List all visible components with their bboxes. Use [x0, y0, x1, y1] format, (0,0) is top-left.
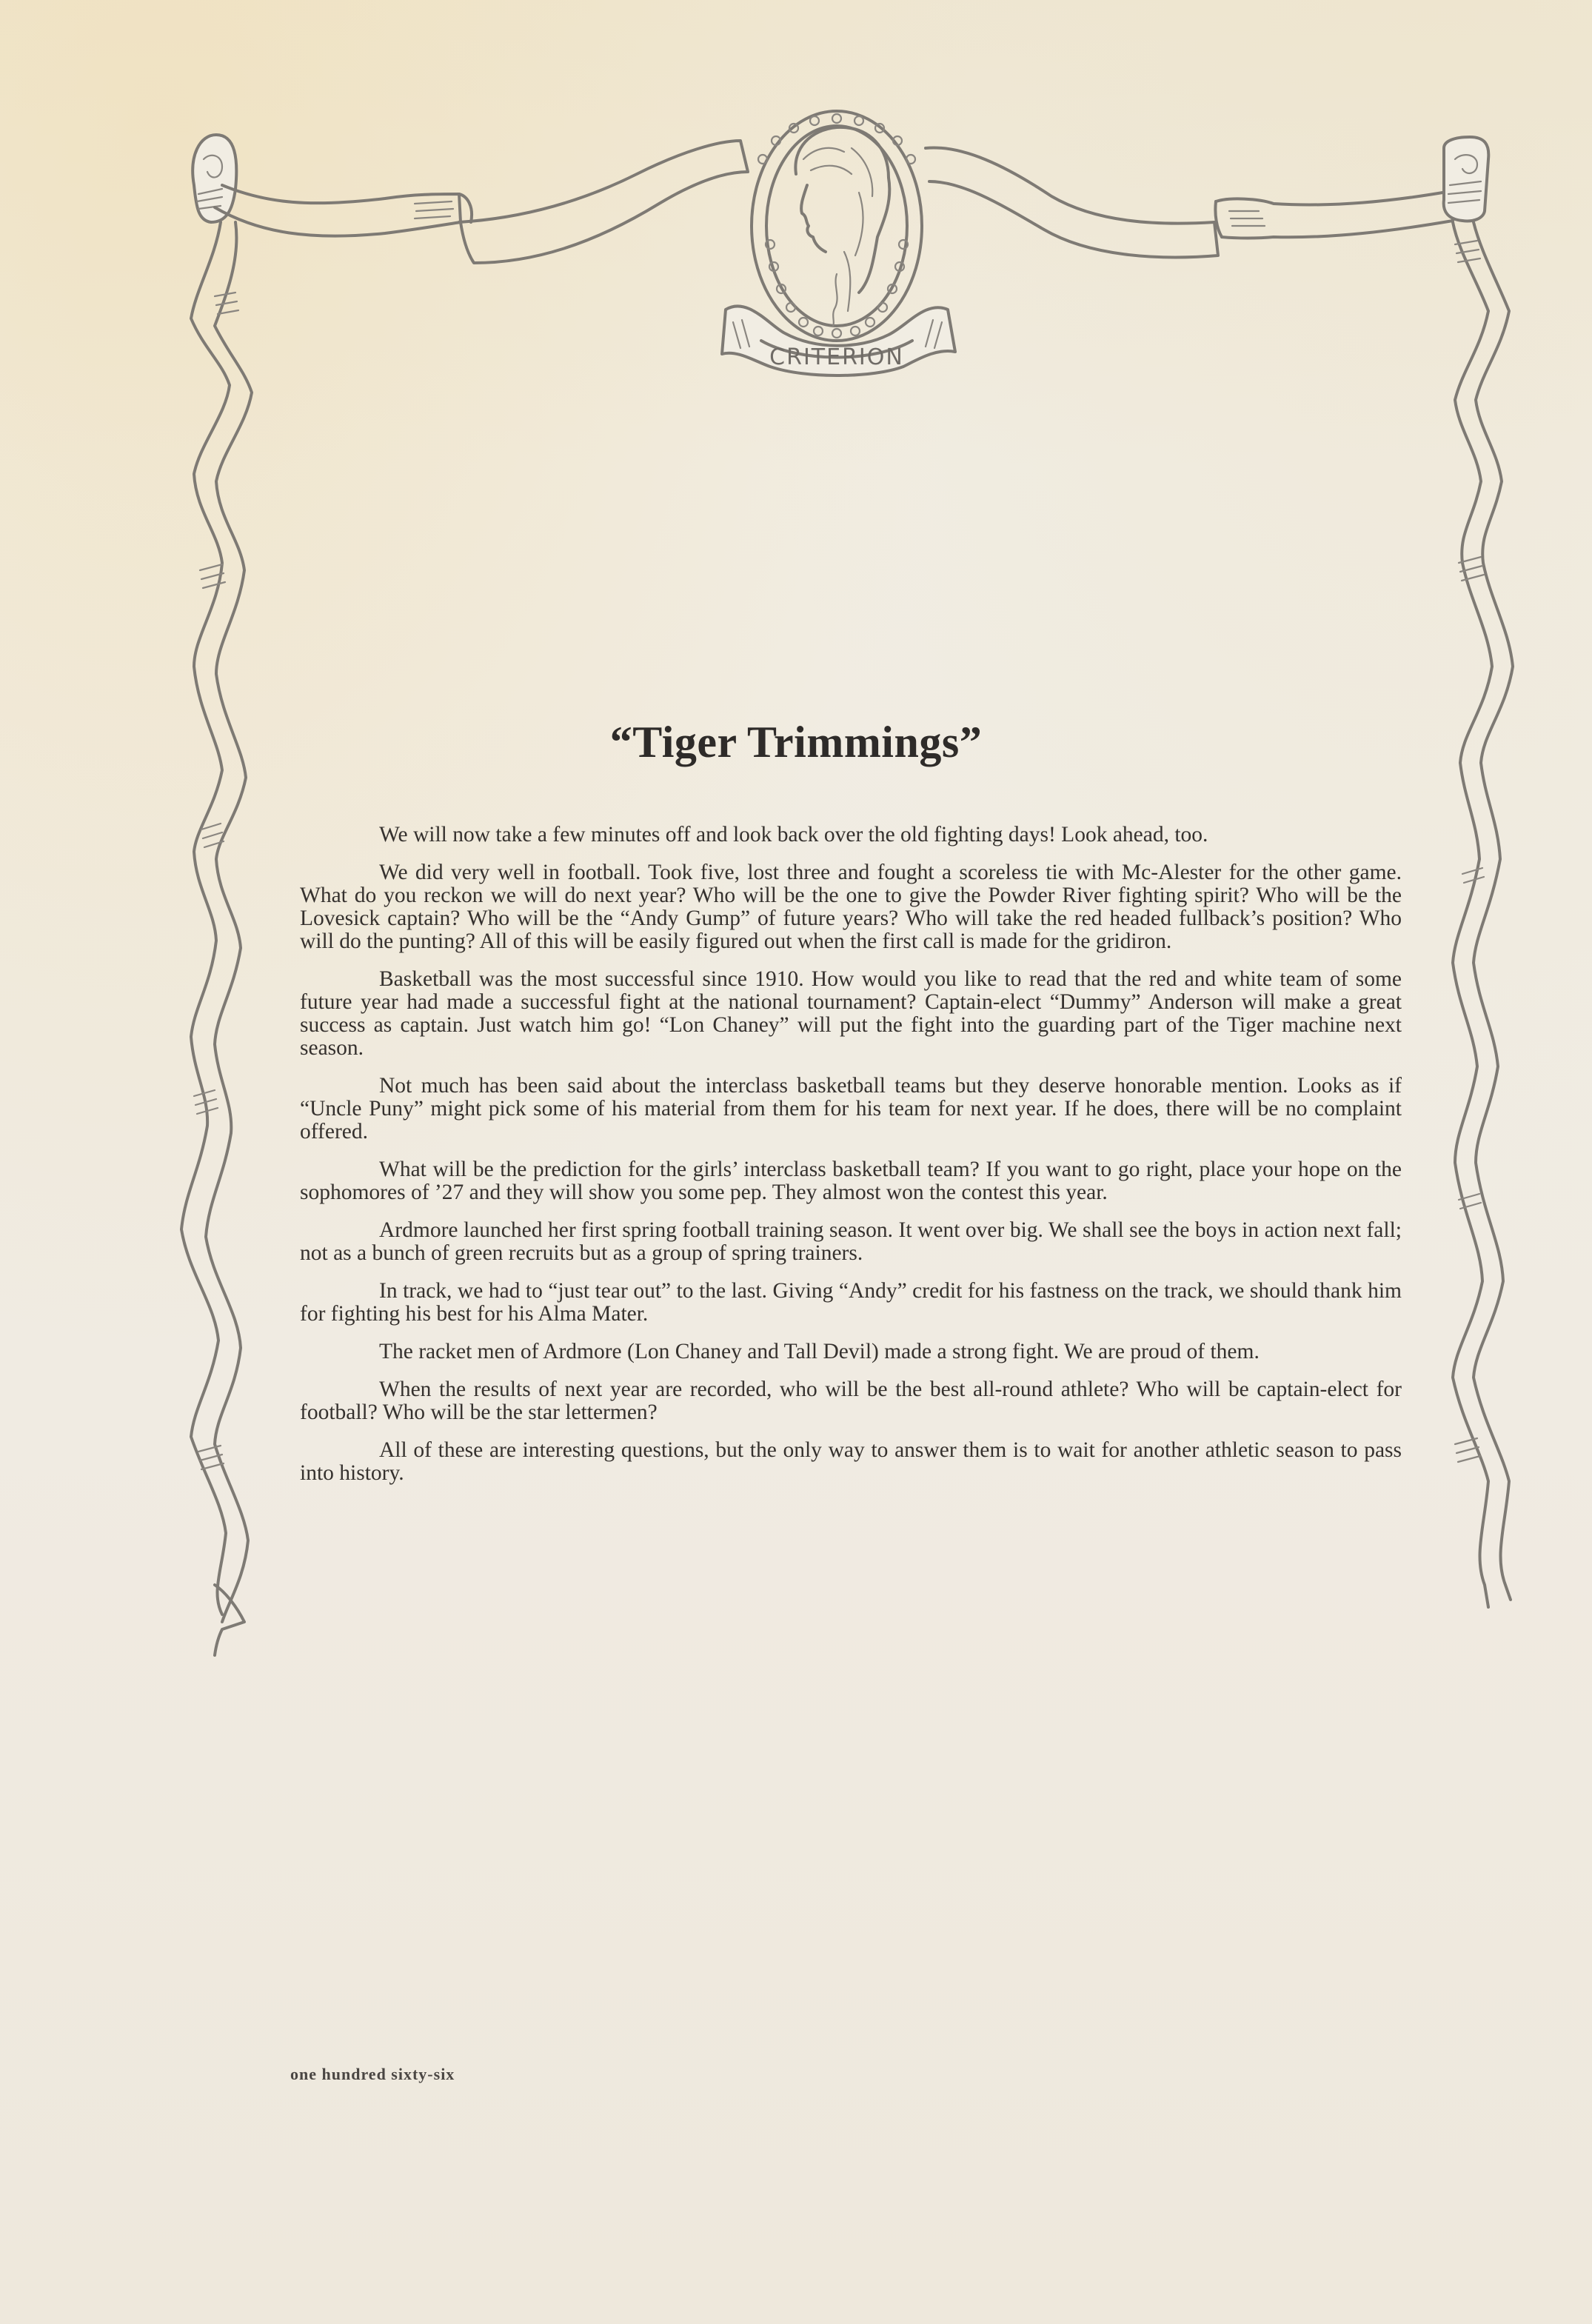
paragraph-interclass: Not much has been said about the intercl…: [300, 1075, 1402, 1143]
criterion-emblem: CRITERION: [722, 111, 955, 375]
right-scroll-roll-icon: [1444, 137, 1489, 221]
article-title: “Tiger Trimmings”: [0, 717, 1592, 768]
yearbook-page: CRITERION “Tiger Trimmings” We will now …: [0, 0, 1592, 2324]
paragraph-girls-basketball: What will be the prediction for the girl…: [300, 1158, 1402, 1204]
left-hanging-ribbon: [181, 222, 252, 1655]
paragraph-tennis: The racket men of Ardmore (Lon Chaney an…: [300, 1340, 1402, 1363]
page-number: one hundred sixty-six: [290, 2065, 455, 2084]
left-top-ribbon: [215, 141, 748, 263]
left-scroll-roll-icon: [193, 135, 236, 222]
paragraph-intro: We will now take a few minutes off and l…: [300, 824, 1402, 847]
paragraph-spring-football: Ardmore launched her first spring footba…: [300, 1219, 1402, 1265]
right-top-ribbon: [926, 147, 1453, 257]
paragraph-closing: All of these are interesting questions, …: [300, 1439, 1402, 1485]
paragraph-football: We did very well in football. Took five,…: [300, 861, 1402, 953]
emblem-banner-text: CRITERION: [769, 344, 904, 370]
article-body: We will now take a few minutes off and l…: [300, 824, 1402, 1500]
right-hanging-ribbon: [1453, 222, 1513, 1607]
paragraph-next-year: When the results of next year are record…: [300, 1378, 1402, 1424]
paragraph-basketball: Basketball was the most successful since…: [300, 968, 1402, 1060]
woman-profile-cameo-icon: [795, 127, 889, 326]
paragraph-track: In track, we had to “just tear out” to t…: [300, 1280, 1402, 1326]
